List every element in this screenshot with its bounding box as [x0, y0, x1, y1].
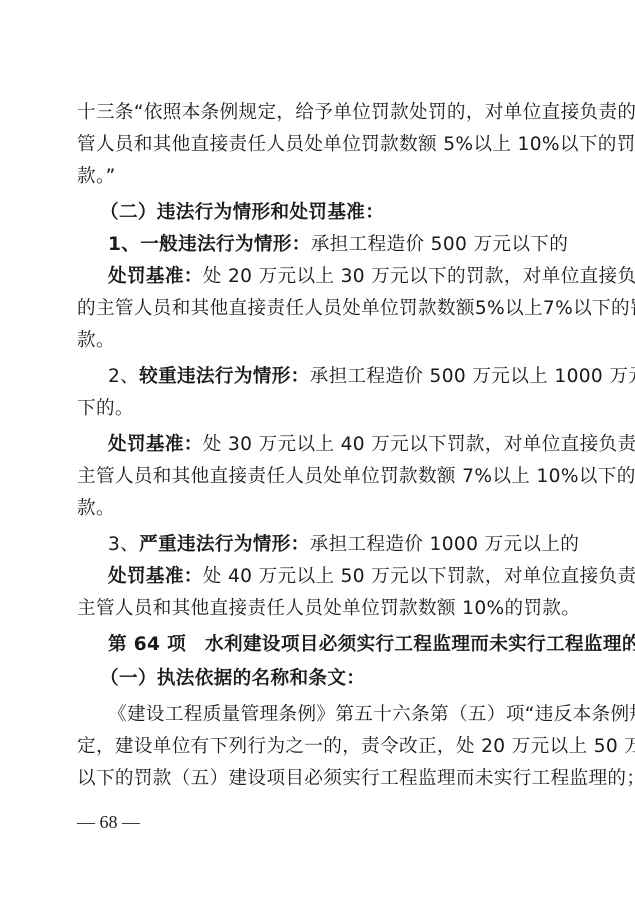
penalty-label: 处罚基准： [108, 266, 203, 287]
text-line: 以下的罚款（五）建设项目必须实行工程监理而未实行工程监理的；”。 [77, 768, 559, 790]
body-text: 定，建设单位有下列行为之一的，责令改正，处 20 万元以上 50 万元 [77, 736, 635, 757]
section-heading: （一）执法依据的名称和条文： [100, 668, 551, 690]
body-text: 十三条“依照本条例规定，给予单位罚款处罚的，对单位直接负责的主 [77, 102, 635, 123]
case-number: 3、 [108, 534, 139, 555]
body-text: 承担工程造价 1000 万元以上的 [310, 534, 580, 555]
text-line: 处罚基准：处 20 万元以上 30 万元以下的罚款，对单位直接负责 [108, 266, 559, 288]
case-label: 1、一般违法行为情形： [108, 234, 311, 255]
section-heading: （二）违法行为情形和处罚基准： [100, 202, 551, 224]
text-line: 《建设工程质量管理条例》第五十六条第（五）项“违反本条例规 [108, 704, 559, 726]
body-text: 管人员和其他直接责任人员处单位罚款数额 5%以上 10%以下的罚 [77, 134, 635, 155]
heading-text: （二）违法行为情形和处罚基准： [100, 202, 384, 223]
body-text: 承担工程造价 500 万元以下的 [311, 234, 568, 255]
body-text: 主管人员和其他直接责任人员处单位罚款数额 7%以上 10%以下的罚 [77, 466, 635, 487]
text-line: 主管人员和其他直接责任人员处单位罚款数额 7%以上 10%以下的罚 [77, 466, 559, 488]
body-text: 《建设工程质量管理条例》第五十六条第（五）项“违反本条例规 [108, 704, 635, 725]
body-text: 处 30 万元以上 40 万元以下罚款，对单位直接负责的 [203, 434, 635, 455]
text-line: 管人员和其他直接责任人员处单位罚款数额 5%以上 10%以下的罚 [77, 134, 559, 156]
case-label: 严重违法行为情形： [139, 534, 310, 555]
page-number: — 68 — [77, 812, 140, 833]
penalty-label: 处罚基准： [108, 566, 203, 587]
body-text: 款。 [77, 330, 115, 351]
body-text: 款。 [77, 498, 115, 519]
text-line: 1、一般违法行为情形：承担工程造价 500 万元以下的 [108, 234, 559, 256]
body-text: 下的。 [77, 398, 134, 419]
text-line: 2、较重违法行为情形：承担工程造价 500 万元以上 1000 万元以 [108, 366, 559, 388]
case-label: 较重违法行为情形： [139, 366, 310, 387]
text-line: 十三条“依照本条例规定，给予单位罚款处罚的，对单位直接负责的主 [77, 102, 559, 124]
item-title: 第 64 项 水利建设项目必须实行工程监理而未实行工程监理的 [108, 634, 635, 655]
text-line: 处罚基准：处 40 万元以上 50 万元以下罚款，对单位直接负责的 [108, 566, 559, 588]
body-text: 的主管人员和其他直接责任人员处单位罚款数额5%以上7%以下的罚 [77, 298, 635, 319]
item-heading: 第 64 项 水利建设项目必须实行工程监理而未实行工程监理的 [108, 634, 559, 656]
body-text: 处 20 万元以上 30 万元以下的罚款，对单位直接负责 [203, 266, 635, 287]
body-text: 处 40 万元以上 50 万元以下罚款，对单位直接负责的 [203, 566, 635, 587]
text-line: 款。 [77, 498, 559, 520]
penalty-label: 处罚基准： [108, 434, 203, 455]
text-line: 的主管人员和其他直接责任人员处单位罚款数额5%以上7%以下的罚 [77, 298, 559, 320]
text-line: 3、严重违法行为情形：承担工程造价 1000 万元以上的 [108, 534, 559, 556]
text-line: 款。 [77, 330, 559, 352]
text-line: 款。” [77, 166, 559, 188]
body-text: 以下的罚款（五）建设项目必须实行工程监理而未实行工程监理的；”。 [77, 768, 635, 789]
body-text: 主管人员和其他直接责任人员处单位罚款数额 10%的罚款。 [77, 598, 580, 619]
heading-text: （一）执法依据的名称和条文： [100, 668, 365, 689]
body-text: 款。” [77, 166, 116, 187]
body-text: 承担工程造价 500 万元以上 1000 万元以 [310, 366, 635, 387]
document-page: 十三条“依照本条例规定，给予单位罚款处罚的，对单位直接负责的主 管人员和其他直接… [0, 0, 635, 898]
text-line: 主管人员和其他直接责任人员处单位罚款数额 10%的罚款。 [77, 598, 559, 620]
text-line: 下的。 [77, 398, 559, 420]
case-number: 2、 [108, 366, 139, 387]
text-line: 处罚基准：处 30 万元以上 40 万元以下罚款，对单位直接负责的 [108, 434, 559, 456]
text-line: 定，建设单位有下列行为之一的，责令改正，处 20 万元以上 50 万元 [77, 736, 559, 758]
